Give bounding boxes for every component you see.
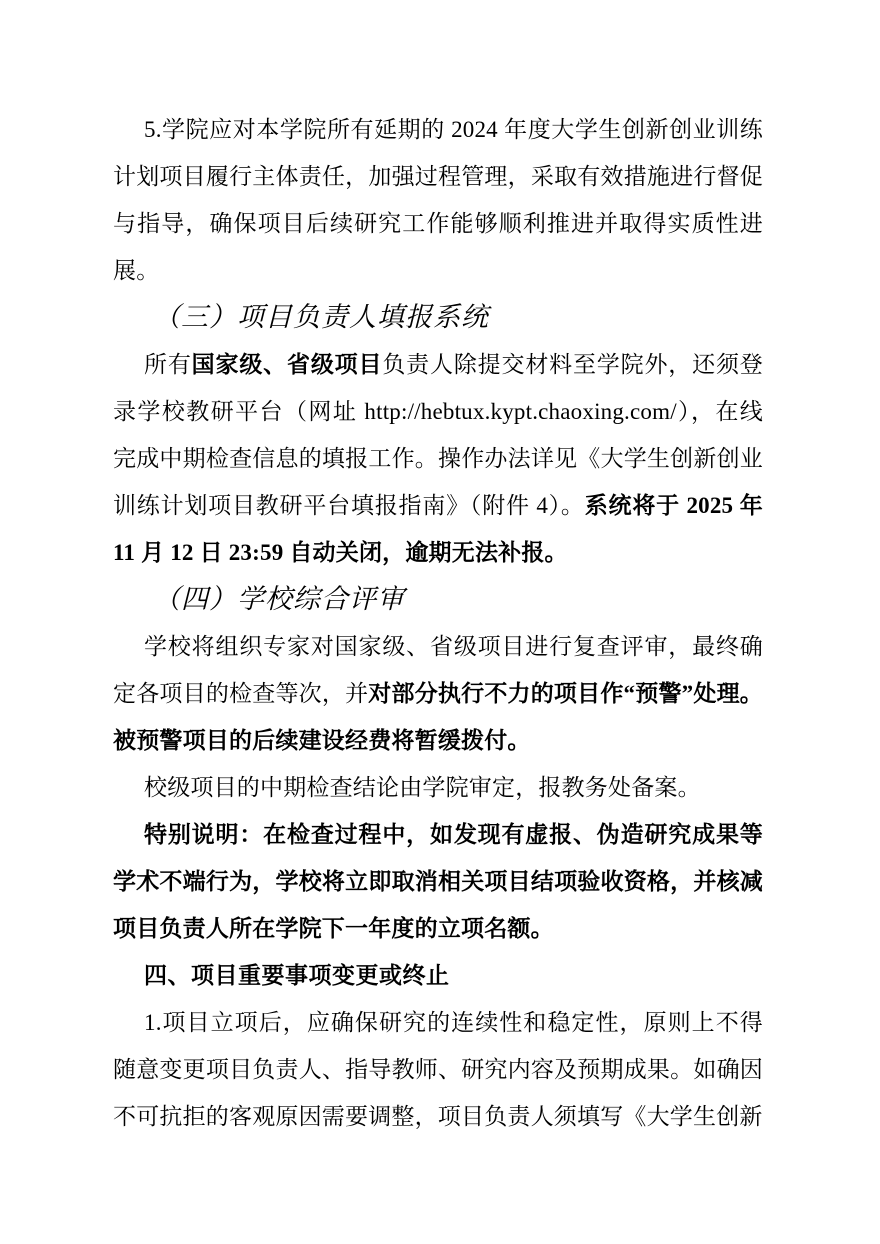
text-run: 所有 (144, 352, 192, 377)
para-expert-review-warning: 学校将组织专家对国家级、省级项目进行复查评审，最终确定各项目的检查等次，并对部分… (113, 623, 763, 764)
para-clause-5-college-responsibility: 5.学院应对本学院所有延期的 2024 年度大学生创新创业训练计划项目履行主体责… (113, 106, 763, 294)
heading-subsection-3-reporting-system: （三）项目负责人填报系统 (113, 294, 763, 341)
heading-text: （三）项目负责人填报系统 (153, 302, 489, 332)
document-page: 5.学院应对本学院所有延期的 2024 年度大学生创新创业训练计划项目履行主体责… (0, 0, 880, 1244)
text-run: 校级项目的中期检查结论由学院审定，报教务处备案。 (144, 775, 701, 800)
text-run-bold: 特别说明：在检查过程中，如发现有虚报、伪造研究成果等学术不端行为，学校将立即取消… (113, 822, 763, 941)
para-reporting-platform: 所有国家级、省级项目负责人除提交材料至学院外，还须登录学校教研平台（网址 htt… (113, 341, 763, 576)
text-run-bold-project-levels: 国家级、省级项目 (192, 352, 383, 377)
heading-text: （四）学校综合评审 (153, 584, 405, 614)
heading-subsection-4-school-review: （四）学校综合评审 (113, 576, 763, 623)
heading-section-4-change-or-termination: 四、项目重要事项变更或终止 (113, 952, 763, 999)
para-school-level-record: 校级项目的中期检查结论由学院审定，报教务处备案。 (113, 764, 763, 811)
para-clause-1-project-continuity: 1.项目立项后，应确保研究的连续性和稳定性，原则上不得随意变更项目负责人、指导教… (113, 999, 763, 1140)
heading-text: 四、项目重要事项变更或终止 (144, 962, 450, 988)
para-special-note-misconduct: 特别说明：在检查过程中，如发现有虚报、伪造研究成果等学术不端行为，学校将立即取消… (113, 811, 763, 952)
text-run: 1.项目立项后，应确保研究的连续性和稳定性，原则上不得随意变更项目负责人、指导教… (113, 1010, 763, 1129)
text-run: 5.学院应对本学院所有延期的 2024 年度大学生创新创业训练计划项目履行主体责… (113, 117, 763, 283)
